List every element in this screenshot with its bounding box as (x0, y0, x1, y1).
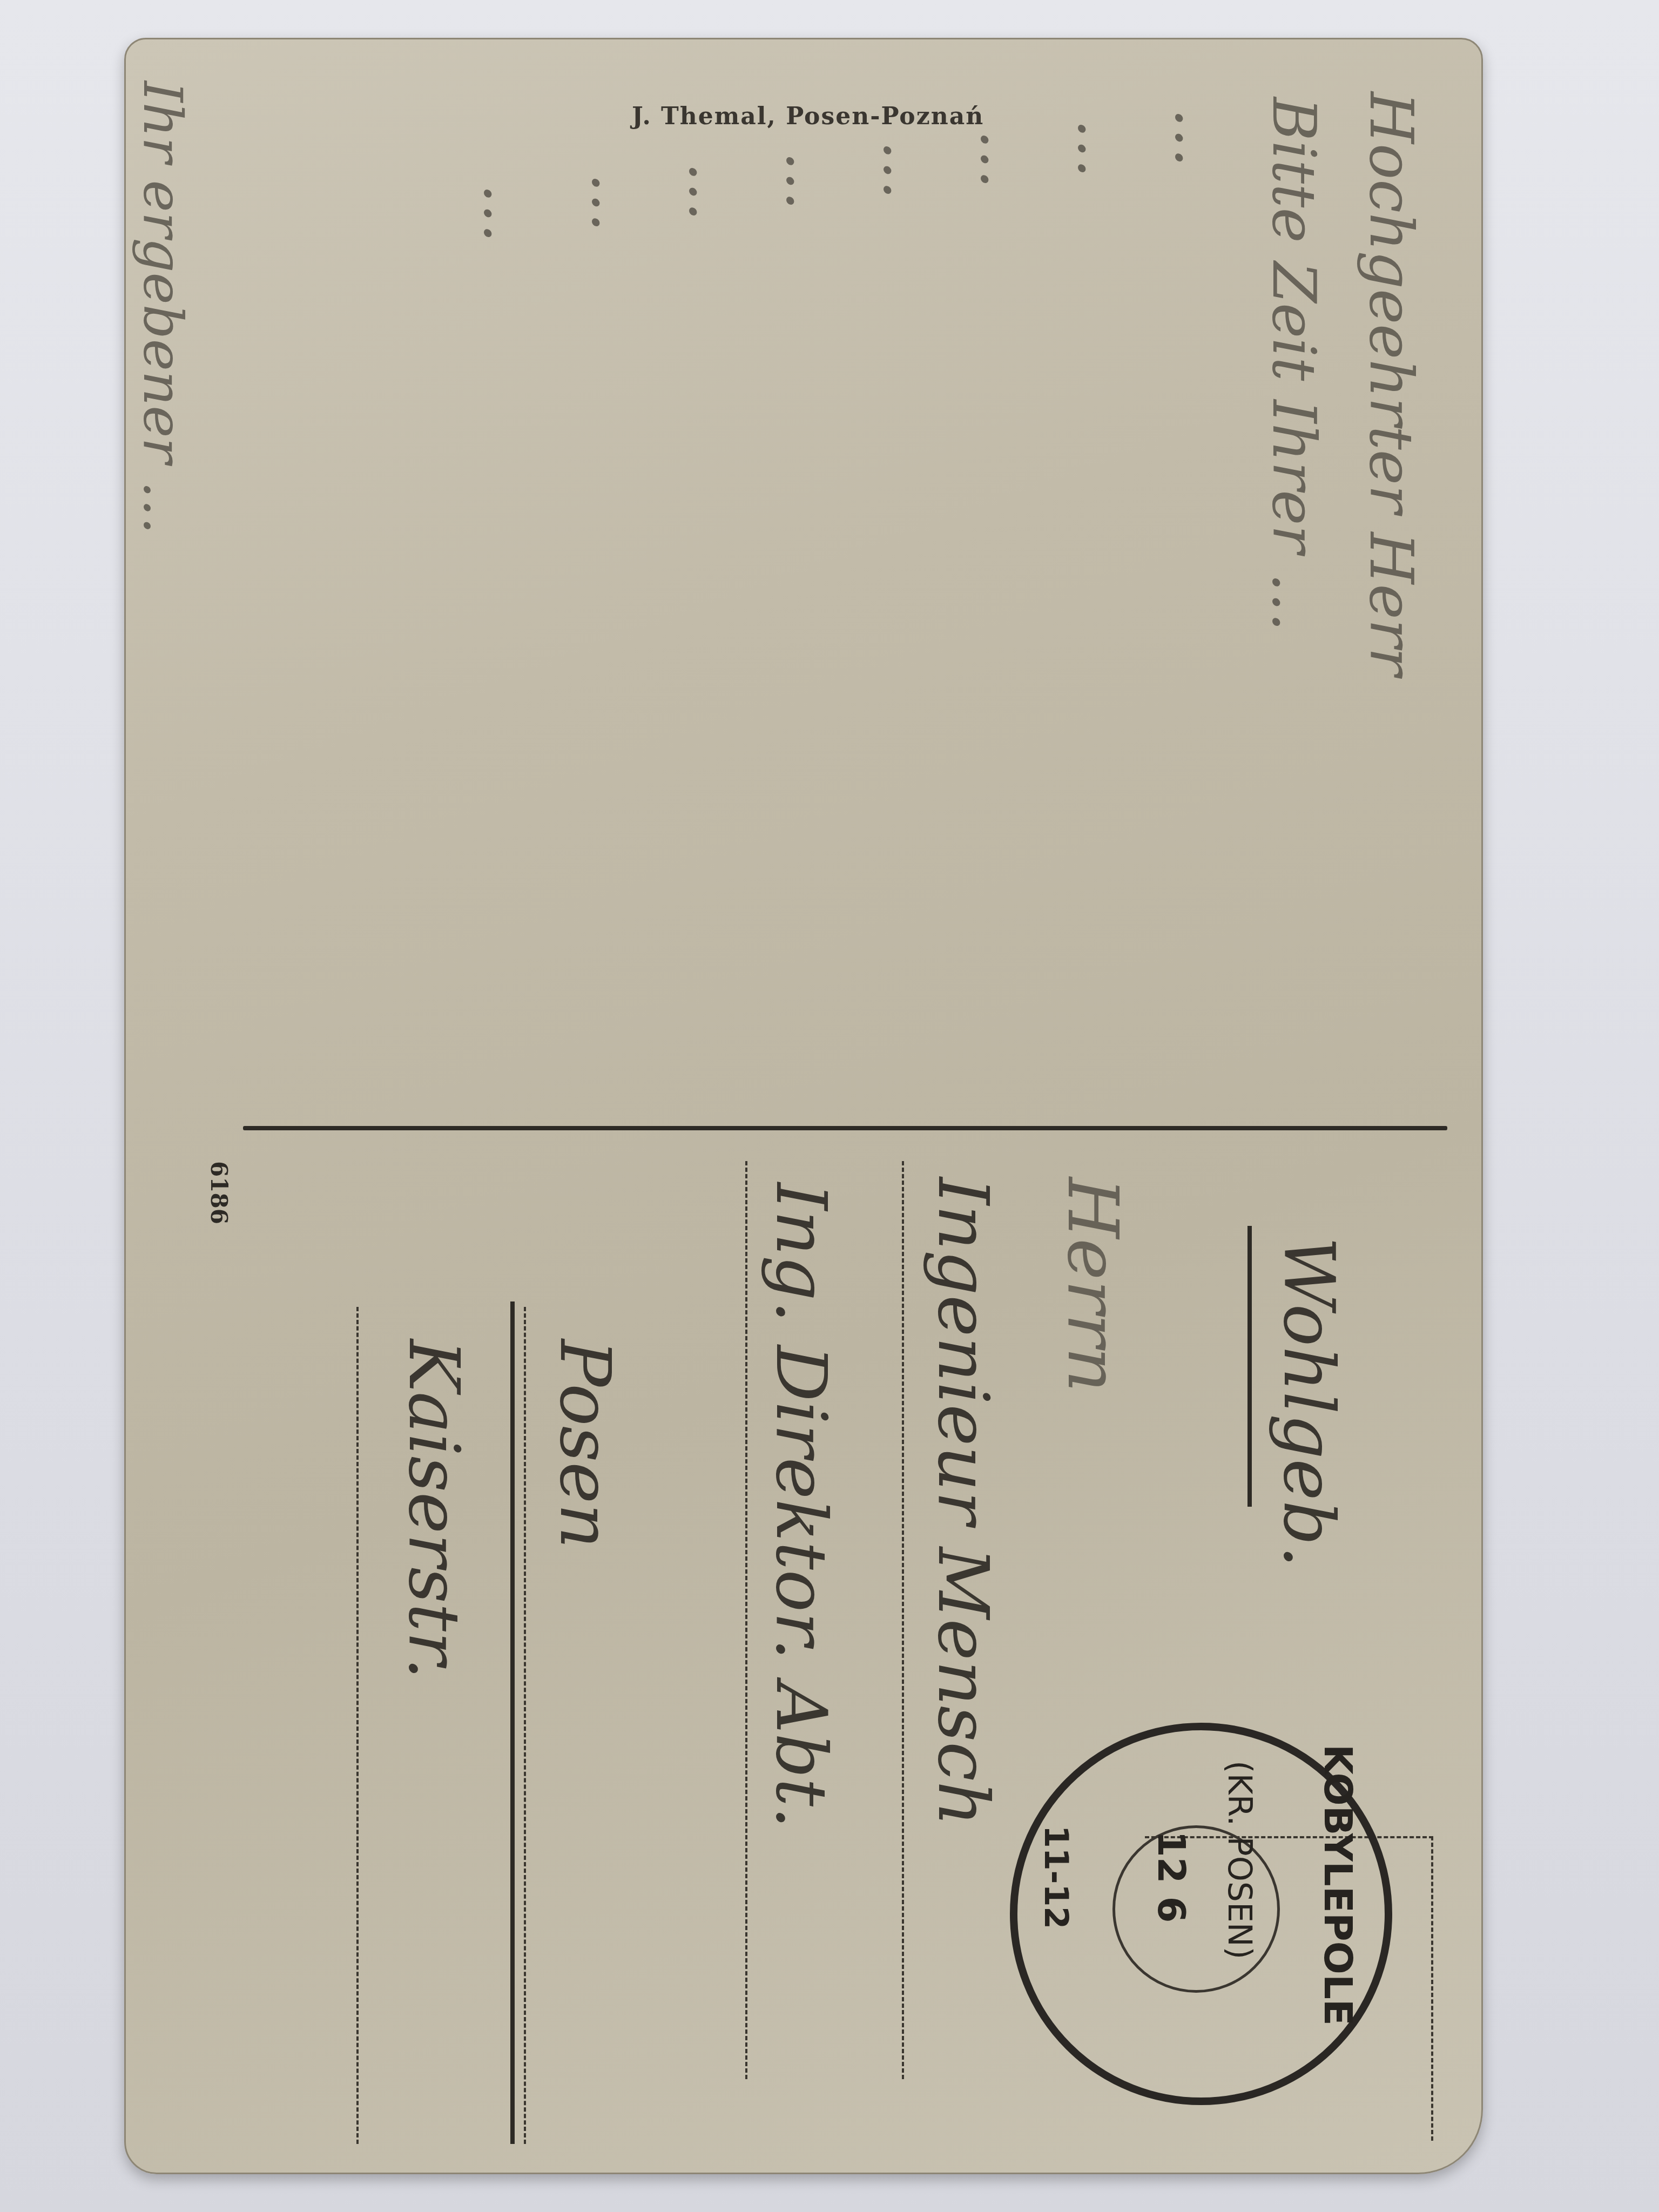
serial-number: 6186 (206, 1161, 232, 1224)
address-underline (1247, 1226, 1252, 1507)
address-dotted-line (745, 1161, 747, 2079)
message-line: … (579, 173, 648, 232)
message-line: Hochgeehrter Herr (1357, 92, 1426, 676)
message-signoff: Ihr ergebener … (131, 81, 194, 535)
message-line: … (1162, 108, 1231, 167)
address-dotted-line (902, 1161, 904, 2079)
message-line: … (1065, 119, 1134, 178)
address-line: Ing. Direktor. Abt. (760, 1183, 842, 1829)
message-line: … (773, 151, 842, 211)
address-underline (510, 1301, 515, 2144)
address-prefix: Wohlgeb. (1268, 1237, 1350, 1568)
message-line: … (871, 140, 940, 200)
address-dotted-line (524, 1307, 526, 2144)
postmark-town: KOBYLEPOLE (1316, 1744, 1361, 2026)
address-line: Ingenieur Mensch (922, 1177, 1004, 1826)
message-line: … (471, 184, 540, 243)
message-address-divider (243, 1126, 1447, 1130)
address-line: Posen (544, 1339, 626, 1549)
address-dotted-line (356, 1307, 359, 2144)
postmark-district: (KR. POSEN) (1220, 1761, 1258, 1959)
postmark-time: 11-12 (1037, 1825, 1075, 1929)
message-line: Bitte Zeit Ihrer … (1259, 97, 1328, 632)
address-line: Kaiserstr. (393, 1339, 475, 1680)
message-line: … (676, 162, 745, 221)
address-line: Herrn (1052, 1177, 1134, 1392)
postmark-date: 12 6 (1149, 1831, 1193, 1923)
message-line: … (968, 130, 1037, 189)
publisher-imprint: J. Themal, Posen-Poznań (632, 103, 984, 130)
